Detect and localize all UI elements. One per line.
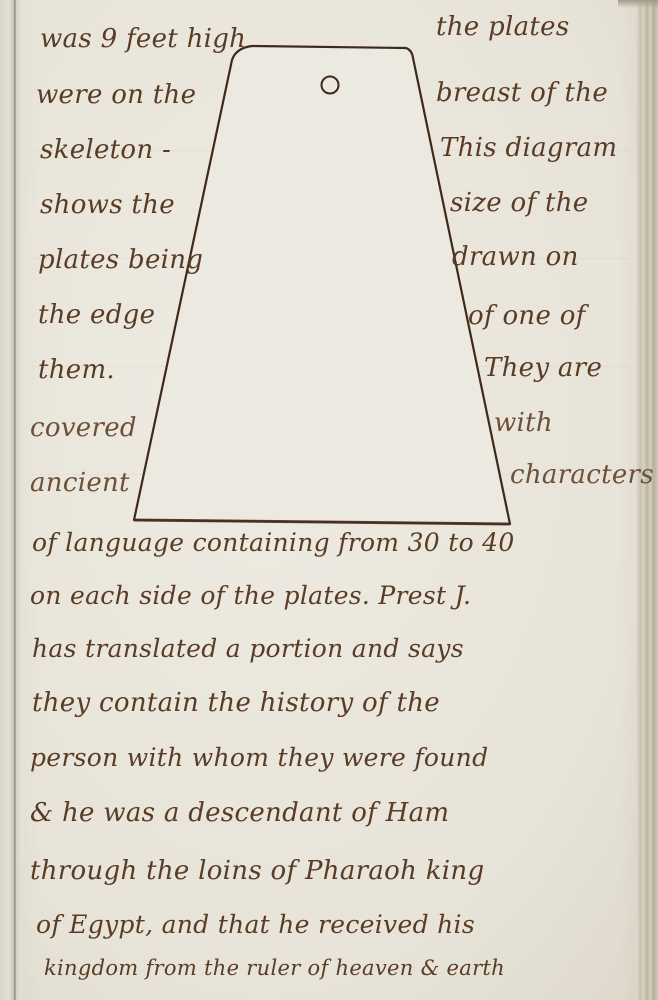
right-line-1: the plates: [436, 14, 569, 40]
page-fore-edge: [636, 0, 658, 1000]
left-line-4: shows the: [40, 192, 175, 218]
left-line-6: the edge: [38, 302, 155, 328]
body-line-7: through the loins of Pharaoh king: [30, 858, 484, 884]
left-line-8: covered: [30, 415, 137, 441]
right-line-9: characters: [510, 462, 654, 488]
right-line-3: This diagram: [440, 135, 617, 161]
right-line-7: They are: [484, 355, 602, 381]
page-corner-shadow: [618, 0, 658, 8]
body-line-8: of Egypt, and that he received his: [36, 912, 475, 937]
body-line-9: kingdom from the ruler of heaven & earth: [44, 958, 505, 979]
right-line-6: of one of: [468, 303, 586, 329]
right-line-4: size of the: [450, 190, 588, 216]
book-gutter: [0, 0, 22, 1000]
right-line-8: with: [494, 410, 553, 436]
body-line-2: on each side of the plates. Prest J.: [30, 583, 471, 608]
body-line-6: & he was a descendant of Ham: [30, 800, 449, 826]
body-line-3: has translated a portion and says: [32, 636, 464, 661]
left-line-3: skeleton -: [40, 137, 171, 163]
body-line-5: person with whom they were found: [30, 745, 488, 770]
left-line-1: was 9 feet high: [40, 26, 246, 52]
body-line-1: of language containing from 30 to 40: [32, 530, 515, 555]
body-line-4: they contain the history of the: [32, 690, 440, 716]
left-line-5: plates being: [38, 247, 203, 273]
right-line-2: breast of the: [436, 80, 608, 106]
left-line-2: were on the: [36, 82, 196, 108]
left-line-9: ancient: [30, 470, 130, 496]
left-line-7: them.: [38, 357, 115, 383]
right-line-5: drawn on: [452, 244, 579, 270]
